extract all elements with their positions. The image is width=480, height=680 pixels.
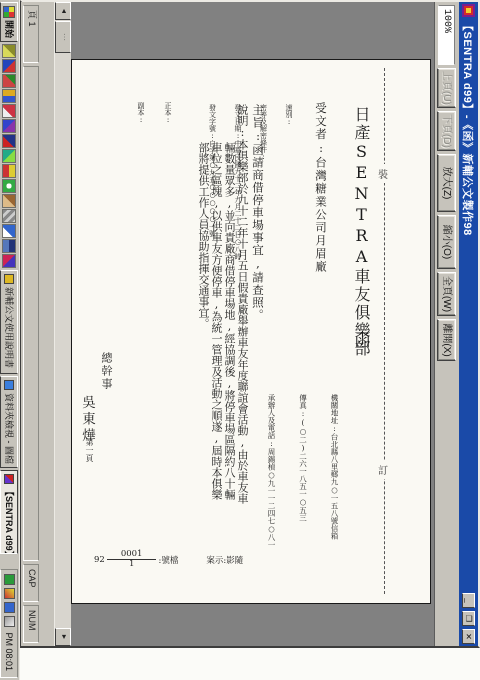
window-title: 【SENTRA d99】-《函》新輔公文製作98 [461, 20, 477, 590]
quicklaunch-icon-3[interactable] [3, 74, 17, 88]
horizontal-scrollbar[interactable]: ◄ ⋯ ► [55, 2, 71, 646]
archive-number-line: 92 0001 1 :號檔 案示:影隨 [94, 550, 243, 569]
close-button[interactable]: ✕ [462, 629, 475, 644]
taskbar-app-manual[interactable]: 新輔公文使用說明書 [1, 270, 19, 374]
archive-label: :號檔 [158, 554, 178, 566]
meta-block: 速別: 密等及解密條件: 發文日期:中華民國九十二年九月二十二日○八時 發文字號… [276, 104, 310, 384]
exit-button[interactable]: 離開(X) [438, 319, 457, 361]
quicklaunch-icon-12[interactable] [3, 209, 17, 223]
full-page-button[interactable]: 全頁(W) [438, 272, 457, 316]
quicklaunch-icon-5[interactable] [3, 104, 17, 118]
taskbar: 開始 新輔公文使用說明書 資料夾檢視 - 圖檔 [0, 0, 20, 680]
statusbar-spacer [40, 2, 55, 646]
recipient-line: 受文者:台灣糖業公司月眉廠 [313, 102, 329, 274]
binding-line [384, 68, 385, 594]
toolbar: 100% 上頁(U) 下頁(D) 放大(Z) 縮小(O) 全頁(W) 離開(X) [435, 2, 459, 646]
app-icon [462, 4, 475, 17]
system-tray: PM 08:01 [1, 569, 19, 678]
copies-block: 正本: 副本: [170, 102, 190, 222]
scroll-left-arrow[interactable]: ◄ [55, 2, 71, 20]
taskbar-app-label: 資料夾檢視 - 圖檔 [3, 393, 16, 464]
archive-note: 案示:影隨 [206, 554, 243, 566]
next-page-button[interactable]: 下頁(D) [438, 111, 457, 151]
minimize-button[interactable]: _ [462, 593, 475, 608]
status-page-indicator: 頁 1 [23, 5, 39, 63]
body-paragraph: 說明:本俱樂部於九十二年十月五日假貴廠舉辦車友年度聯誼會活動,由於車友車輛數量眾… [195, 104, 249, 504]
app-window: 【SENTRA d99】-《函》新輔公文製作98 _ ❐ ✕ 100% 上頁(U… [20, 0, 480, 648]
status-bar: 頁 1 CAP NUM [21, 2, 40, 646]
zoom-out-button[interactable]: 縮小(O) [438, 215, 457, 269]
taskbar-app-label: 【SENTRA d99】-《函》 [3, 487, 16, 554]
status-caps-indicator: CAP [23, 564, 39, 602]
quicklaunch-icon-6[interactable] [3, 119, 17, 133]
restore-button[interactable]: ❐ [462, 611, 475, 626]
archive-fraction: 0001 1 [107, 550, 157, 569]
scrollbar-thumb[interactable]: ⋯ [55, 21, 71, 53]
sentra-app-icon [5, 474, 15, 484]
tray-icon-2[interactable] [4, 588, 15, 599]
contact-address: 機關地址:台北縣八里鄉九○一五八號信箱 [329, 394, 340, 599]
scrollbar-track[interactable] [55, 53, 71, 628]
archive-denominator: 1 [129, 560, 134, 569]
subject-line: 主旨:函請商借停車場事宜,請查照。 [250, 104, 266, 322]
quicklaunch-icon-14[interactable] [3, 239, 17, 253]
document-page: 裝 訂 日產SENTRA車友俱樂部 函 受文者:台灣糖業公司月眉廠 速別: 密等… [71, 59, 431, 604]
contact-block: 機關地址:台北縣八里鄉九○一五八號信箱 傳真:(○二)二六一八五一○五三 承辦人… [326, 394, 360, 599]
start-logo-icon [4, 6, 16, 18]
quicklaunch-icon-4[interactable] [3, 89, 17, 103]
status-message-area [23, 66, 39, 561]
quicklaunch-icon-7[interactable] [3, 134, 17, 148]
meta-speed: 速別: [285, 104, 294, 384]
copy-cc: 副本: [136, 102, 145, 222]
title-bar[interactable]: 【SENTRA d99】-《函》新輔公文製作98 _ ❐ ✕ [459, 2, 478, 646]
binding-char-top: 裝 [378, 164, 388, 183]
rotated-screen: 【SENTRA d99】-《函》新輔公文製作98 _ ❐ ✕ 100% 上頁(U… [0, 0, 480, 680]
signature-title: 總幹事 [98, 352, 114, 391]
quick-launch-bar [3, 44, 17, 268]
archive-number: 92 0001 1 :號檔 [94, 550, 178, 569]
document-workspace: 裝 訂 日產SENTRA車友俱樂部 函 受文者:台灣糖業公司月眉廠 速別: 密等… [71, 2, 435, 646]
zoom-combobox[interactable]: 100% [439, 5, 456, 65]
contact-person: 承辦人及電話:周錫楨○九一一二四七○八一 [266, 394, 277, 599]
taskbar-clock: PM 08:01 [5, 630, 15, 673]
folder-icon [5, 380, 15, 390]
archive-year: 92 [94, 555, 105, 565]
quicklaunch-icon-10[interactable] [3, 179, 17, 193]
quicklaunch-icon-8[interactable] [3, 149, 17, 163]
document-icon [5, 274, 15, 284]
zoom-in-button[interactable]: 放大(Z) [438, 154, 457, 212]
tray-icon-1[interactable] [4, 574, 15, 585]
page-marker: 第一頁 [84, 438, 95, 462]
page-content: 裝 訂 日產SENTRA車友俱樂部 函 受文者:台灣糖業公司月眉廠 速別: 密等… [72, 60, 430, 603]
contact-fax: 傳真:(○二)二六一八五一○五三 [297, 394, 308, 599]
copy-original: 正本: [163, 102, 172, 222]
binding-char-bottom: 訂 [378, 460, 388, 479]
taskbar-app-label: 新輔公文使用說明書 [3, 287, 16, 368]
letter-type: 函 [350, 332, 373, 348]
start-button[interactable]: 開始 [1, 2, 19, 42]
start-label: 開始 [3, 20, 16, 38]
taskbar-app-sentra-active[interactable]: 【SENTRA d99】-《函》 [1, 470, 19, 554]
letter-title: 日產SENTRA車友俱樂部 [350, 106, 373, 358]
prev-page-button[interactable]: 上頁(U) [438, 68, 457, 108]
quicklaunch-icon-1[interactable] [3, 44, 17, 58]
quicklaunch-icon-2[interactable] [3, 59, 17, 73]
tray-icon-3[interactable] [4, 602, 15, 613]
tray-icon-4[interactable] [4, 616, 15, 627]
scroll-right-arrow[interactable]: ► [55, 628, 71, 646]
quicklaunch-icon-11[interactable] [3, 194, 17, 208]
quicklaunch-icon-15[interactable] [3, 254, 17, 268]
quicklaunch-icon-9[interactable] [3, 164, 17, 178]
quicklaunch-icon-13[interactable] [3, 224, 17, 238]
status-num-indicator: NUM [23, 605, 39, 643]
taskbar-app-folder[interactable]: 資料夾檢視 - 圖檔 [1, 376, 19, 468]
